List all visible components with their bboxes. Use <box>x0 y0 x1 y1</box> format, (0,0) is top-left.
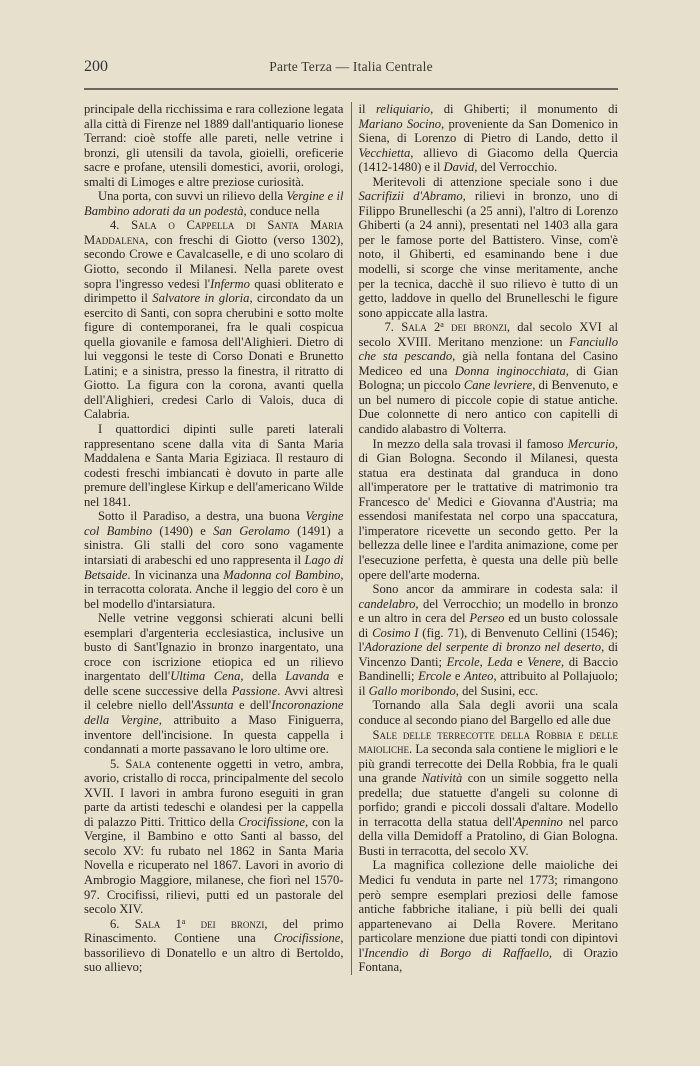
artwork-title: David <box>444 160 475 174</box>
section-number: 4. <box>110 218 131 232</box>
text: , di Ghiberti; il monumento di <box>430 102 618 116</box>
paragraph-mercurio: In mezzo della sala trovasi il famoso Me… <box>359 437 619 582</box>
section-heading: Sala 2 <box>401 320 440 334</box>
paragraph-sacrifizii: Meritevoli di attenzione speciale sono i… <box>359 175 619 320</box>
text: , con la Vergine, il Bambino e otto Sant… <box>84 815 344 916</box>
section-sale-terrecotte: Sale delle terrecotte della Robbia e del… <box>359 728 619 859</box>
paragraph-paradiso: Sotto il Paradiso, a destra, una buona V… <box>84 509 344 611</box>
artwork-title: Infermo <box>210 277 250 291</box>
right-column: il reliquiario, di Ghiberti; il monument… <box>351 102 619 975</box>
text: I quattordici dipinti sulle pareti later… <box>84 422 344 509</box>
artwork-title: Madonna col Bambino <box>223 568 340 582</box>
paragraph-ammirare: Sono ancor da ammirare in codesta sala: … <box>359 582 619 698</box>
text: Una porta, con suvvi un rilievo della <box>98 189 286 203</box>
paragraph-quattordici-dipinti: I quattordici dipinti sulle pareti later… <box>84 422 344 509</box>
text: e <box>451 669 464 683</box>
text: Sono ancor da ammirare in codesta sala: … <box>373 582 619 596</box>
artwork-title: Adorazione del serpente di bronzo nel de… <box>364 640 601 654</box>
artwork-title: Vecchietta <box>359 146 411 160</box>
artwork-title: Passione <box>232 684 277 698</box>
artwork-title: Cane levriere <box>464 378 532 392</box>
artwork-title: Sacrifizii d'Abramo <box>359 189 463 203</box>
artwork-title: Ultima Cena <box>170 669 240 683</box>
paragraph-tornando: Tornando alla Sala degli avorii una scal… <box>359 698 619 727</box>
artwork-title: Cosimo I <box>372 626 418 640</box>
section-heading: dei bronzi <box>444 320 507 334</box>
artwork-title: Donna inginocchiata <box>455 364 566 378</box>
section-6-sala-bronzi-1: 6. Sala 1a dei bronzi, del primo Rinasci… <box>84 917 344 975</box>
text: . In vicinanza una <box>127 568 223 582</box>
text: (1490) e <box>152 524 213 538</box>
text: il <box>359 102 377 116</box>
running-head: Parte Terza — Italia Centrale <box>124 59 618 75</box>
artwork-title: Apennino <box>515 815 563 829</box>
artwork-title: reliquiario <box>376 102 430 116</box>
artwork-title: Mariano Socino <box>359 117 442 131</box>
artwork-title: Venere <box>527 655 561 669</box>
text: , circondato da un esercito di Santi, co… <box>84 291 344 421</box>
book-page: 200 Parte Terza — Italia Centrale princi… <box>84 58 618 975</box>
text: , della <box>240 669 285 683</box>
text: , di Gian Bologna. Secondo il Milanesi, … <box>359 437 619 582</box>
left-column: principale della ricchissima e rara coll… <box>84 102 351 975</box>
section-heading: dei bronzi <box>185 917 264 931</box>
paragraph-vetrine: Nelle vetrine veggonsi schierati alcuni … <box>84 611 344 756</box>
artwork-title: Ercole <box>418 669 451 683</box>
text: , rilievi in bronzo, uno di Filippo Brun… <box>359 189 619 319</box>
artwork-title: Gallo moribondo <box>369 684 456 698</box>
artwork-title: Crocifissione <box>238 815 305 829</box>
artwork-title: Salvatore in gloria <box>152 291 249 305</box>
text: Meritevoli di attenzione speciale sono i… <box>373 175 619 189</box>
section-4-cappella-maddalena: 4. Sala o Cappella di Santa Maria Maddal… <box>84 218 344 422</box>
section-number: 6. <box>110 917 135 931</box>
text: , del Verrocchio. <box>474 160 557 174</box>
text: La magnifica collezione delle maioliche … <box>359 858 619 959</box>
artwork-title: Crocifissione <box>274 931 341 945</box>
section-heading: Sala 1 <box>135 917 182 931</box>
header-rule <box>84 88 618 90</box>
text: Tornando alla Sala degli avorii una scal… <box>359 698 619 727</box>
artwork-title: San Gerolamo <box>213 524 290 538</box>
paragraph-reliquiario: il reliquiario, di Ghiberti; il monument… <box>359 102 619 175</box>
text: In mezzo della sala trovasi il famoso <box>373 437 568 451</box>
section-7-sala-bronzi-2: 7. Sala 2a dei bronzi, dal secolo XVI al… <box>359 320 619 436</box>
paragraph-maioliche: La magnifica collezione delle maioliche … <box>359 858 619 974</box>
section-number: 5. <box>110 757 125 771</box>
artwork-title: Assunta <box>194 698 234 712</box>
paragraph-door: Una porta, con suvvi un rilievo della Ve… <box>84 189 344 218</box>
text: e dell' <box>234 698 272 712</box>
artwork-title: Perseo <box>469 611 504 625</box>
section-heading: Sala <box>125 757 151 771</box>
text: principale della ricchissima e rara coll… <box>84 102 344 189</box>
artwork-title: candelabro <box>359 597 416 611</box>
artwork-title: Ercole, Leda <box>447 655 513 669</box>
text: e <box>513 655 528 669</box>
text: , conduce nella <box>244 204 320 218</box>
section-5-sala-vetro: 5. Sala contenente oggetti in vetro, amb… <box>84 757 344 917</box>
artwork-title: Incendio di Borgo di Raffaello <box>364 946 549 960</box>
artwork-title: Mercurio <box>568 437 615 451</box>
artwork-title: Natività <box>422 771 463 785</box>
section-number: 7. <box>385 320 402 334</box>
paragraph-terrand-collection: principale della ricchissima e rara coll… <box>84 102 344 189</box>
page-number: 200 <box>84 58 124 76</box>
page-header: 200 Parte Terza — Italia Centrale <box>84 58 618 80</box>
text: , del Susini, ecc. <box>456 684 539 698</box>
artwork-title: Anteo <box>464 669 493 683</box>
artwork-title: Lavanda <box>285 669 329 683</box>
two-column-body: principale della ricchissima e rara coll… <box>84 102 618 975</box>
text: Sotto il Paradiso, a destra, una buona <box>98 509 305 523</box>
